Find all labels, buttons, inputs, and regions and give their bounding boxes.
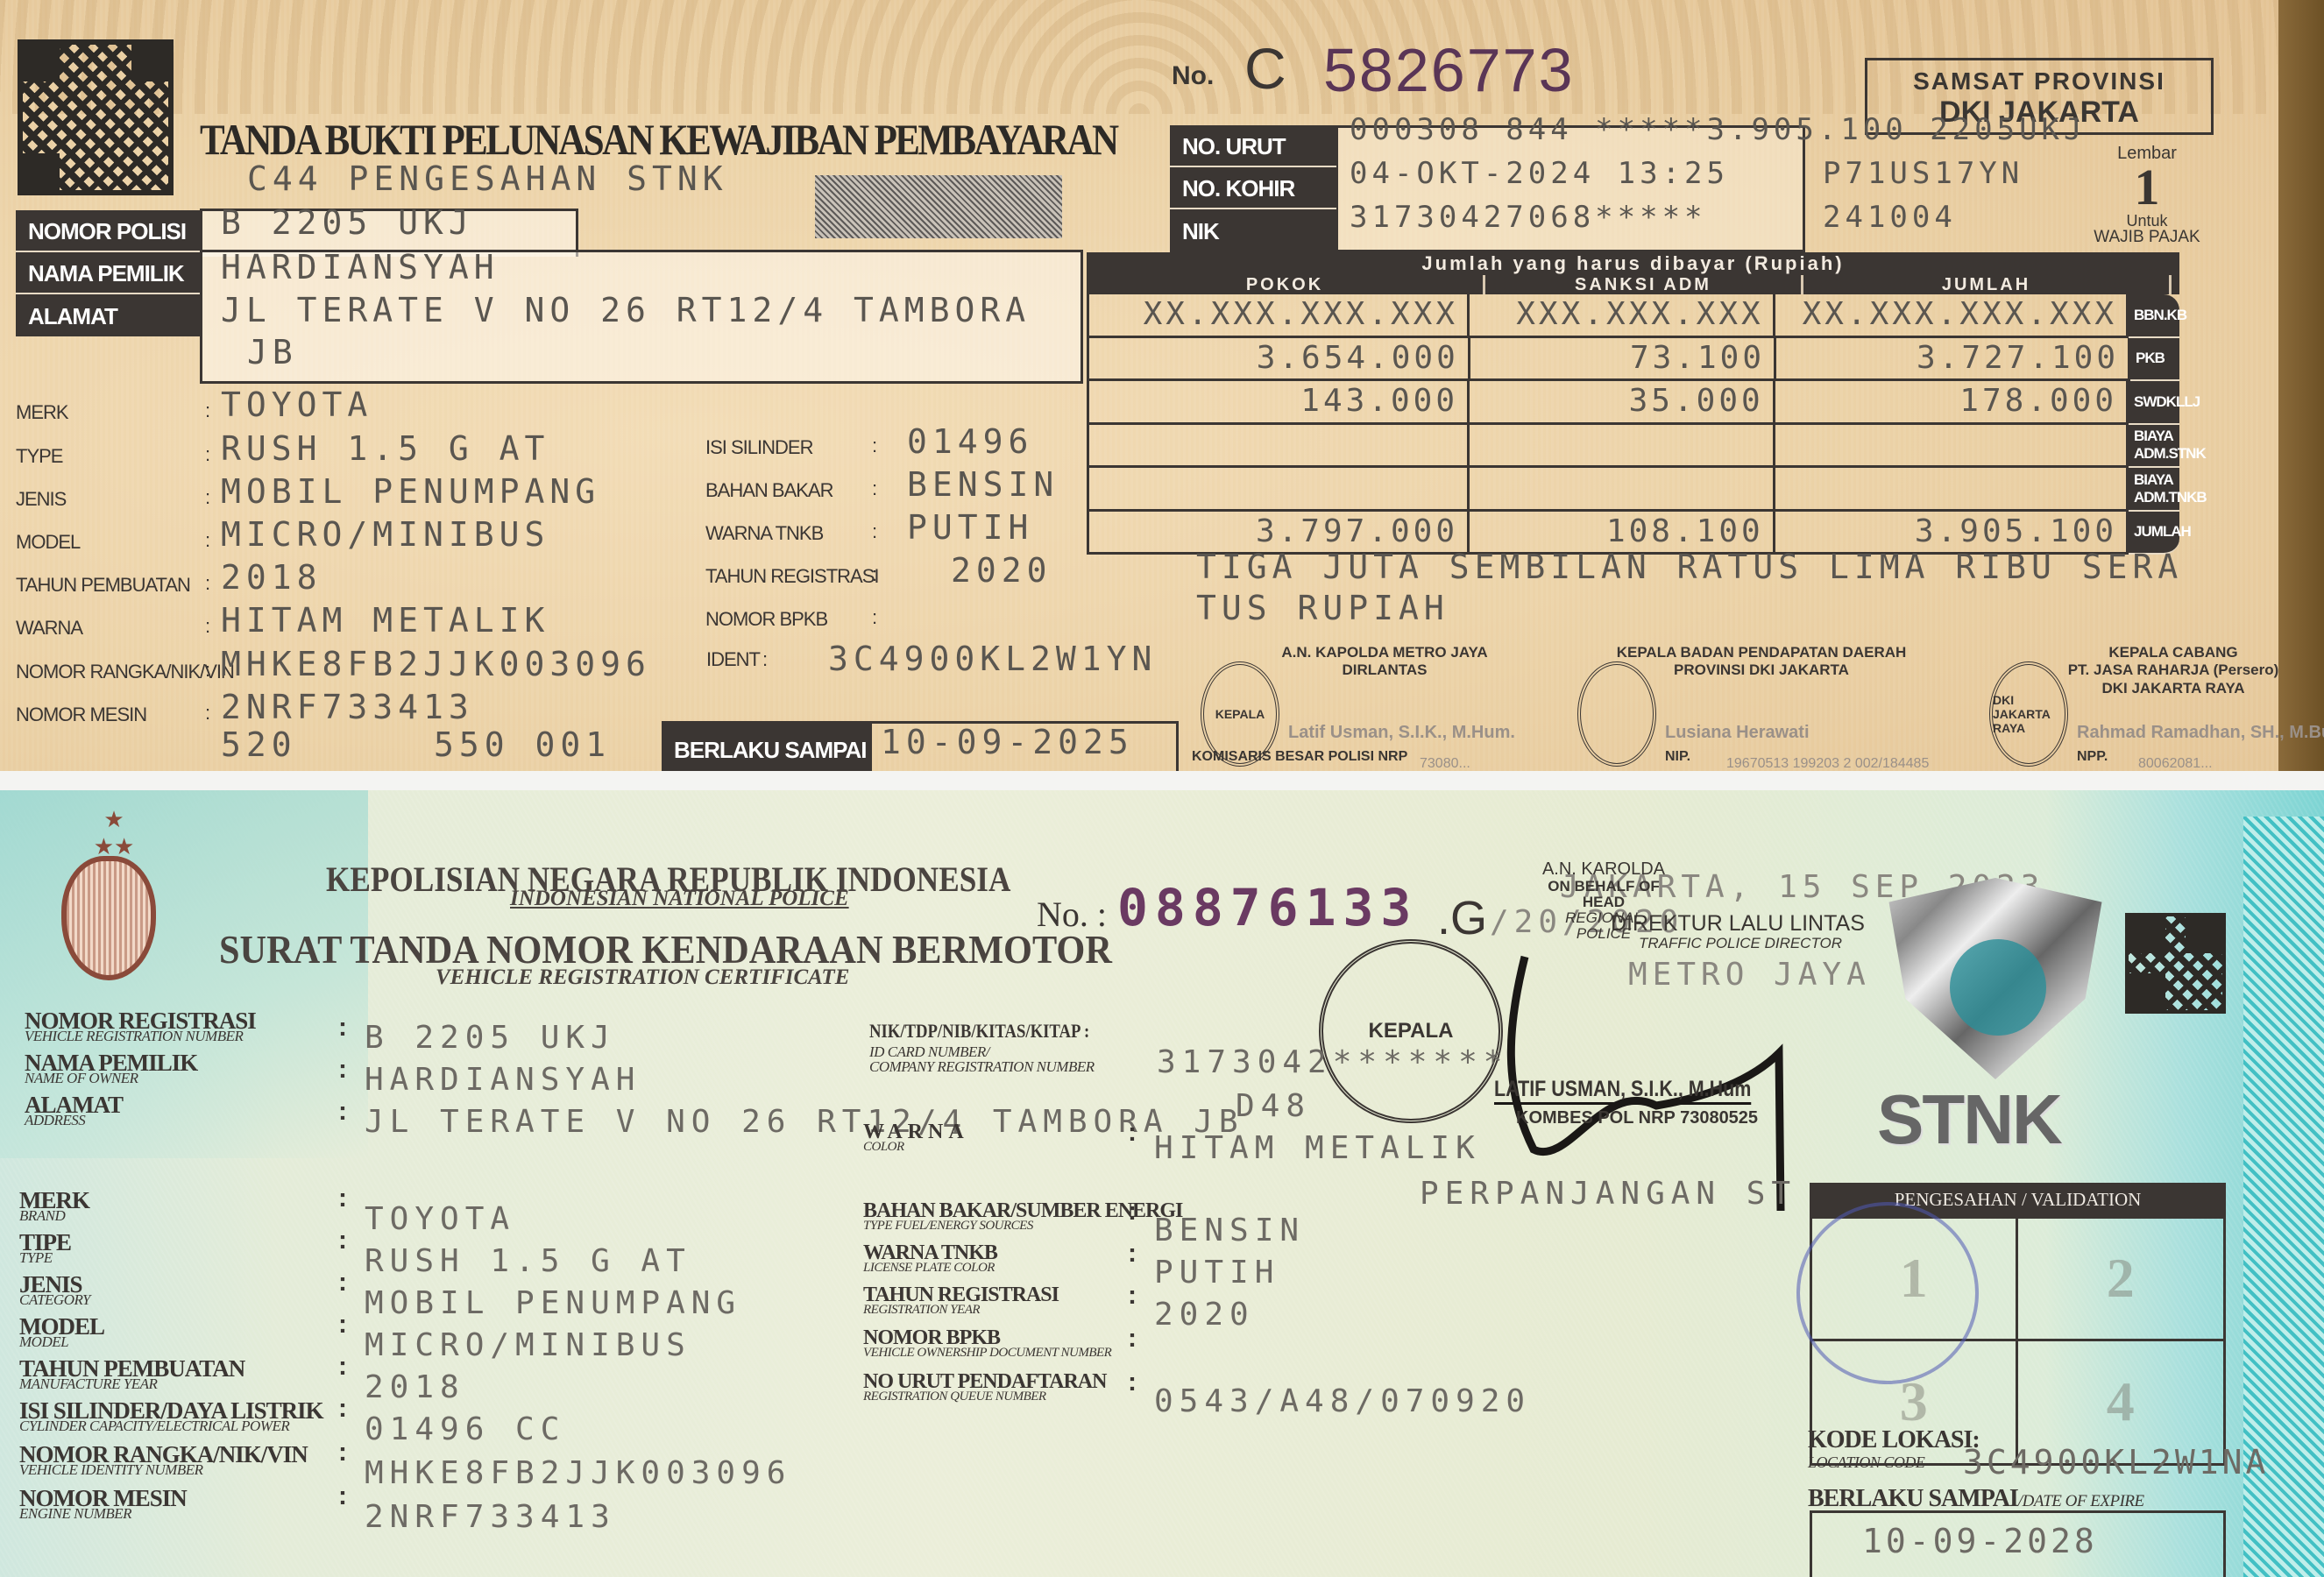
- colon-separator: :: [338, 1055, 347, 1085]
- payment-cell-pokok: 3.654.000: [1087, 338, 1470, 382]
- amount-in-words-1: TIGA JUTA SEMBILAN RATUS LIMA RIBU SERA: [1196, 548, 2183, 586]
- field-value: BENSIN: [1154, 1213, 1305, 1248]
- signatory-name: Rahmad Ramadhan, SH., M.BusMgmt: [2077, 723, 2324, 743]
- nik-label: NIK/TDP/NIB/KITAS/KITAP :: [869, 1020, 1089, 1043]
- payment-cell-jumlah: [1775, 425, 2129, 469]
- lembar-wajib-pajak: WAJIB PAJAK: [2077, 229, 2217, 245]
- vehicle-value: MHKE8FB2JJK003096: [221, 645, 651, 683]
- payment-cell-sanksi: [1470, 468, 1775, 512]
- colon-separator: :: [872, 520, 876, 543]
- field-sublabel: REGISTRATION YEAR: [863, 1304, 980, 1317]
- payment-row: BIAYA ADM.TNKB: [1087, 468, 2179, 512]
- field-sublabel: VEHICLE IDENTITY NUMBER: [19, 1462, 203, 1477]
- vehicle-label: WARNA TNKB: [705, 522, 823, 545]
- colon-separator: :: [1128, 1281, 1137, 1311]
- payment-row: BIAYA ADM.STNK: [1087, 425, 2179, 469]
- lembar-number: 1: [2077, 162, 2217, 213]
- signatory-id: 19670513 199203 2 002/184485: [1726, 756, 1929, 772]
- colon-separator: :: [338, 1097, 347, 1127]
- vehicle-label: NOMOR RANGKA/NIK/VIN: [16, 661, 234, 683]
- column-header: SANKSI ADM: [1485, 275, 1803, 294]
- colon-separator: :: [1128, 1197, 1137, 1227]
- signatory-title-line: KEPALA BADAN PENDAPATAN DAERAH: [1604, 644, 1919, 661]
- director-an: A.N. KAROLDA: [1538, 860, 1669, 879]
- field-value: JL TERATE V NO 26 RT12/4 TAMBORA JB: [365, 1104, 1244, 1140]
- vehicle-value: BENSIN: [907, 465, 1059, 504]
- vehicle-label: TAHUN REGISTRASI: [705, 565, 879, 588]
- field-sublabel: VEHICLE OWNERSHIP DOCUMENT NUMBER: [863, 1347, 1111, 1360]
- vehicle-label: ISI SILINDER: [705, 436, 812, 459]
- blue-stamp: [1796, 1202, 1979, 1384]
- signatory-rank: KOMISARIS BESAR POLISI NRP: [1192, 749, 1407, 765]
- nik-sub-1: ID CARD NUMBER/: [869, 1044, 989, 1059]
- signatory-title-line: PT. JASA RAHARJA (Persero): [2016, 661, 2324, 679]
- stnk-title-en: VEHICLE REGISTRATION CERTIFICATE: [436, 965, 849, 990]
- signatory-title: KEPALA BADAN PENDAPATAN DAERAHPROVINSI D…: [1604, 644, 1919, 680]
- amount-in-words-2: TUS RUPIAH: [1196, 589, 1449, 627]
- police-emblem-icon: [61, 856, 156, 980]
- field-value: 2NRF733413: [365, 1499, 616, 1535]
- expire-sub: /DATE OF EXPIRE: [2018, 1492, 2144, 1510]
- vehicle-value: RUSH 1.5 G AT: [221, 429, 549, 468]
- police-seal-stamp: KEPALA: [1319, 939, 1503, 1123]
- payment-cell-sanksi: XXX.XXX.XXX: [1470, 294, 1775, 338]
- colon-separator: :: [338, 1394, 347, 1424]
- field-value: 2018: [365, 1369, 465, 1405]
- star-icons: ★★★: [53, 806, 175, 860]
- signatory-id: 73080...: [1420, 756, 1470, 772]
- label-nomor-polisi: NOMOR POLISI: [16, 212, 200, 252]
- payment-cell-sanksi: 35.000: [1470, 381, 1775, 425]
- field-sublabel: BRAND: [19, 1208, 65, 1223]
- redacted-block: [815, 175, 1062, 238]
- colon-separator: :: [338, 1226, 347, 1255]
- validation-cell-2: 2: [2018, 1219, 2224, 1341]
- perpanjangan-text: PERPANJANGAN ST: [1420, 1176, 1796, 1212]
- no-kohir-extra: P71US17YN: [1823, 156, 2023, 191]
- field-sublabel: ENGINE NUMBER: [19, 1506, 131, 1521]
- field-value: B 2205 UKJ: [365, 1020, 616, 1056]
- payment-row: 143.00035.000178.000SWDKLLJ: [1087, 381, 2179, 425]
- field-sublabel: VEHICLE REGISTRATION NUMBER: [25, 1029, 243, 1043]
- qr-code-icon: [18, 39, 174, 195]
- footer-code-b: 550 001: [434, 725, 611, 764]
- payment-row-tag: SWDKLLJ: [2129, 381, 2179, 425]
- vehicle-label: NOMOR BPKB: [705, 608, 827, 631]
- payment-header: Jumlah yang harus dibayar (Rupiah): [1087, 252, 2179, 275]
- signatory-id: 80062081...: [2138, 756, 2213, 772]
- field-sublabel: COLOR: [863, 1141, 904, 1154]
- vehicle-label: JENIS: [16, 488, 66, 511]
- ident-colon: :: [762, 648, 767, 671]
- alamat-value-2: JB: [247, 333, 298, 371]
- field-value: HARDIANSYAH: [365, 1062, 641, 1098]
- field-value: HITAM METALIK: [1154, 1130, 1481, 1166]
- label-no-urut: NO. URUT: [1170, 127, 1336, 167]
- vehicle-label: TAHUN PEMBUATAN: [16, 574, 190, 597]
- director-behalf-en: ON BEHALF OF HEAD: [1538, 879, 1669, 910]
- field-value: TOYOTA: [365, 1201, 515, 1237]
- payment-receipt: TANDA BUKTI PELUNASAN KEWAJIBAN PEMBAYAR…: [0, 0, 2324, 788]
- signatory-name: Lusiana Herawati: [1665, 723, 1810, 743]
- signatories: A.N. KAPOLDA METRO JAYADIRLANTASKEPALALa…: [1192, 644, 2296, 784]
- colon-separator: :: [205, 702, 209, 725]
- colon-separator: :: [205, 400, 209, 422]
- nik-extra: D48: [1236, 1088, 1311, 1124]
- colon-separator: :: [205, 486, 209, 509]
- payment-row: 3.654.00073.1003.727.100PKB: [1087, 338, 2179, 382]
- colon-separator: :: [872, 563, 876, 586]
- signatory-title-line: DIRLANTAS: [1227, 661, 1542, 679]
- signatory-title: A.N. KAPOLDA METRO JAYADIRLANTAS: [1227, 644, 1542, 680]
- alamat-value: JL TERATE V NO 26 RT12/4 TAMBORA: [221, 291, 1031, 329]
- colon-separator: :: [338, 1268, 347, 1298]
- org-title-en: INDONESIAN NATIONAL POLICE: [510, 887, 849, 911]
- hologram-stnk-text: STNK: [1877, 1079, 2061, 1160]
- nik-value: 3173042*******: [1157, 1044, 1508, 1080]
- payment-cell-jumlah: 178.000: [1775, 381, 2129, 425]
- director-title: DIREKTUR LALU LINTAS: [1611, 911, 1865, 937]
- payment-cell-pokok: 143.000: [1087, 381, 1470, 425]
- colon-separator: :: [872, 477, 876, 500]
- column-header: POKOK: [1087, 275, 1485, 294]
- payment-cell-pokok: [1087, 425, 1470, 469]
- nik-sub-2: COMPANY REGISTRATION NUMBER: [869, 1059, 1095, 1074]
- signatory-seal-icon: [1577, 661, 1656, 767]
- stnk-number-label: No. :: [1037, 894, 1107, 935]
- director-name: LATIF USMAN, S.I.K., M.Hum: [1494, 1077, 1751, 1105]
- footer-code-a: 520: [221, 725, 297, 764]
- valid-until-value: 10-09-2025: [881, 723, 1134, 761]
- colon-separator: :: [205, 615, 209, 638]
- field-value: MHKE8FB2JJK003096: [365, 1455, 791, 1491]
- field-sublabel: TYPE FUEL/ENERGY SOURCES: [863, 1220, 1033, 1233]
- nama-pemilik-value: HARDIANSYAH: [221, 248, 500, 286]
- field-sublabel: MANUFACTURE YEAR: [19, 1376, 157, 1391]
- ident-value: 3C4900KL2W1YN: [828, 640, 1157, 678]
- nik-value: 31730427068*****: [1350, 200, 1707, 235]
- colon-separator: :: [205, 529, 209, 552]
- payment-table: POKOKSANKSI ADMJUMLAHXX.XXX.XXX.XXXXXX.X…: [1087, 275, 2179, 555]
- colon-separator: :: [338, 1352, 347, 1382]
- payment-row: XX.XXX.XXX.XXXXXX.XXX.XXXXX.XXX.XXX.XXXB…: [1087, 294, 2179, 338]
- colon-separator: :: [1128, 1368, 1137, 1397]
- vehicle-value: HITAM METALIK: [221, 601, 549, 640]
- field-value: PUTIH: [1154, 1255, 1279, 1291]
- location-code-value: 3C4900KL2W1NA: [1963, 1443, 2269, 1482]
- payment-cell-sanksi: [1470, 425, 1775, 469]
- payment-cell-sanksi: 73.100: [1470, 338, 1776, 382]
- vehicle-label: WARNA: [16, 617, 82, 640]
- vehicle-label: NOMOR MESIN: [16, 704, 146, 726]
- vehicle-label: MERK: [16, 401, 68, 424]
- payment-cell-jumlah: 3.727.100: [1776, 338, 2130, 382]
- vehicle-value: 01496: [907, 422, 1033, 461]
- director-rank: KOMBES POL NRP 73080525: [1516, 1108, 1758, 1128]
- colon-separator: :: [338, 1438, 347, 1467]
- colon-separator: :: [338, 1310, 347, 1340]
- receipt-title: TANDA BUKTI PELUNASAN KEWAJIBAN PEMBAYAR…: [200, 114, 1116, 165]
- receipt-number: 5826773: [1323, 35, 1575, 105]
- stnk-qr-code-icon: [2125, 913, 2226, 1014]
- colon-separator: :: [1128, 1324, 1137, 1354]
- page-separator: [0, 771, 2324, 792]
- vehicle-label: MODEL: [16, 531, 80, 554]
- field-sublabel: TYPE: [19, 1250, 53, 1265]
- field-sublabel: CATEGORY: [19, 1292, 90, 1307]
- field-sublabel: LICENSE PLATE COLOR: [863, 1262, 995, 1275]
- colon-separator: :: [338, 1013, 347, 1043]
- field-value: 01496 CC: [365, 1411, 565, 1447]
- vehicle-registration-certificate: ★★★ KEPOLISIAN NEGARA REPUBLIK INDONESIA…: [0, 790, 2324, 1577]
- expire-label: BERLAKU SAMPAI: [1808, 1485, 2018, 1512]
- label-alamat: ALAMAT: [16, 296, 200, 336]
- label-nama-pemilik: NAMA PEMILIK: [16, 254, 200, 294]
- hologram-emblem: [1950, 939, 2046, 1036]
- field-value: RUSH 1.5 G AT: [365, 1243, 691, 1279]
- stnk-number-suffix: .G: [1437, 891, 1487, 945]
- stnk-number: 08876133: [1117, 878, 1418, 937]
- receipt-number-prefix: No.: [1172, 61, 1214, 91]
- no-urut-value: 000308 844 *****3.905.100 2205UKJ: [1350, 112, 2087, 147]
- payment-column-headers: POKOKSANKSI ADMJUMLAH: [1087, 275, 2179, 294]
- nik-extra: 241004: [1823, 200, 1957, 235]
- location-code-sub: LOCATION CODE: [1808, 1454, 1924, 1470]
- signatory-rank: NIP.: [1665, 749, 1690, 765]
- payment-cell-jumlah: [1775, 468, 2129, 512]
- location-code-label: KODE LOKASI:: [1808, 1428, 1980, 1453]
- colon-separator: :: [205, 659, 209, 682]
- label-nik: NIK: [1170, 211, 1336, 251]
- receipt-subtitle: C44 PENGESAHAN STNK: [247, 159, 728, 198]
- field-sublabel: ADDRESS: [25, 1113, 85, 1128]
- signatory-title-line: A.N. KAPOLDA METRO JAYA: [1227, 644, 1542, 661]
- column-header: JUMLAH: [1803, 275, 2172, 294]
- vehicle-value: 2020: [951, 551, 1052, 590]
- vehicle-value: TOYOTA: [221, 385, 372, 424]
- vehicle-value: 2018: [221, 558, 322, 597]
- field-sublabel: CYLINDER CAPACITY/ELECTRICAL POWER: [19, 1418, 289, 1433]
- vehicle-value: MICRO/MINIBUS: [221, 515, 549, 554]
- vehicle-label: BAHAN BAKAR: [705, 479, 833, 502]
- nomor-polisi-value: B 2205 UKJ: [221, 203, 474, 242]
- vehicle-value: PUTIH: [907, 508, 1033, 547]
- field-value: 2020: [1154, 1297, 1255, 1333]
- lembar-block: Lembar 1 Untuk WAJIB PAJAK: [2077, 145, 2217, 245]
- expire-label-group: BERLAKU SAMPAI/DATE OF EXPIRE: [1808, 1487, 2144, 1511]
- colon-separator: :: [338, 1482, 347, 1511]
- field-value: MICRO/MINIBUS: [365, 1327, 691, 1363]
- expire-value: 10-09-2028: [1862, 1522, 2098, 1560]
- samsat-line1: SAMSAT PROVINSI: [1867, 67, 2211, 95]
- field-value: MOBIL PENUMPANG: [365, 1285, 741, 1321]
- label-no-kohir: NO. KOHIR: [1170, 169, 1336, 209]
- payment-row-tag: BIAYA ADM.STNK: [2129, 425, 2179, 469]
- signatory-seal-icon: DKI JAKARTA RAYA: [1989, 661, 2068, 767]
- colon-separator: :: [872, 435, 876, 457]
- vehicle-value: MOBIL PENUMPANG: [221, 472, 600, 511]
- colon-separator: :: [872, 606, 876, 629]
- payment-row-tag: PKB: [2130, 338, 2179, 382]
- vehicle-label: TYPE: [16, 445, 62, 468]
- payment-row-tag: BBN.KB: [2129, 294, 2179, 338]
- signatory-name: Latif Usman, S.I.K., M.Hum.: [1288, 723, 1515, 743]
- payment-cell-jumlah: XX.XXX.XXX.XXX: [1775, 294, 2129, 338]
- field-sublabel: REGISTRATION QUEUE NUMBER: [863, 1390, 1046, 1404]
- vehicle-value: 2NRF733413: [221, 688, 474, 726]
- payment-cell-pokok: [1087, 468, 1470, 512]
- field-sublabel: MODEL: [19, 1334, 68, 1349]
- signatory-rank: NPP.: [2077, 749, 2108, 765]
- no-kohir-value: 04-OKT-2024 13:25: [1350, 156, 1729, 191]
- ident-label: IDENT: [706, 648, 760, 671]
- lembar-untuk: Untuk: [2077, 213, 2217, 229]
- colon-separator: :: [1128, 1239, 1137, 1269]
- colon-separator: :: [338, 1184, 347, 1213]
- field-sublabel: NAME OF OWNER: [25, 1071, 138, 1086]
- colon-separator: :: [1128, 1118, 1137, 1148]
- receipt-number-series: C: [1244, 35, 1286, 102]
- colon-separator: :: [205, 572, 209, 595]
- colon-separator: :: [205, 443, 209, 466]
- signatory-title-line: KEPALA CABANG: [2016, 644, 2324, 661]
- payment-row-tag: BIAYA ADM.TNKB: [2129, 468, 2179, 512]
- signatory-title-line: PROVINSI DKI JAKARTA: [1604, 661, 1919, 679]
- field-value: 0543/A48/070920: [1154, 1383, 1531, 1419]
- payment-cell-pokok: XX.XXX.XXX.XXX: [1087, 294, 1470, 338]
